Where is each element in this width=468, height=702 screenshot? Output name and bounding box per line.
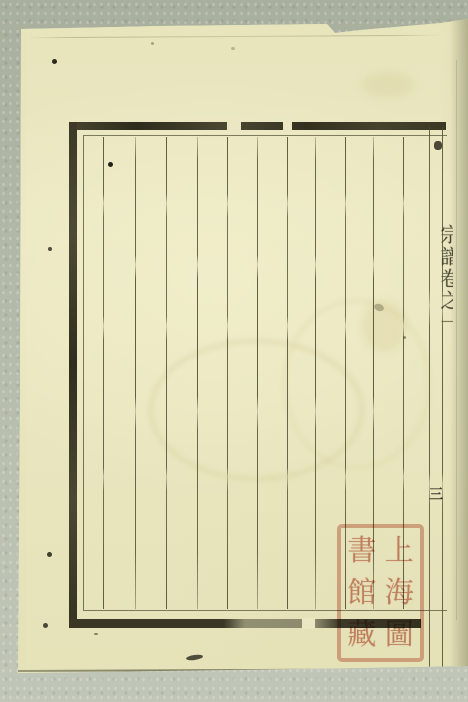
column-rule <box>287 137 288 609</box>
seal-character: 圖 <box>381 614 419 656</box>
column-rule <box>103 137 104 609</box>
seal-character: 上 <box>381 530 419 572</box>
ink-dot <box>108 162 113 167</box>
fold-column-title: 宗譜卷之一 <box>432 224 453 342</box>
paper-speck <box>403 336 406 339</box>
column-rule <box>197 137 198 609</box>
column-rule <box>315 137 316 609</box>
library-collection-seal: 上 海 圖 書 館 藏 <box>337 524 424 662</box>
seal-character: 海 <box>381 572 419 614</box>
frame-border-break <box>283 121 292 132</box>
paper-speck <box>94 633 98 635</box>
fold-column-line <box>442 127 443 667</box>
seal-character: 館 <box>343 572 381 614</box>
ink-smudge <box>434 141 442 150</box>
ink-smudge <box>186 654 204 661</box>
seal-character: 藏 <box>343 614 381 656</box>
frame-border-break <box>227 121 241 132</box>
column-rule <box>166 137 167 609</box>
binding-hole <box>43 623 48 628</box>
seal-character: 書 <box>343 530 381 572</box>
frame-top-border <box>69 122 446 130</box>
paper-speck <box>231 47 235 50</box>
paper-stain <box>362 72 414 98</box>
binding-hole <box>48 247 52 251</box>
fold-column-line <box>429 127 430 667</box>
column-rule <box>135 137 136 609</box>
fold-edge-line <box>456 60 457 620</box>
paper-top-crease <box>26 35 442 39</box>
column-rule <box>227 137 228 609</box>
binding-hole <box>47 552 52 557</box>
fold-page-number: 三 <box>429 486 444 508</box>
frame-border-break <box>302 618 315 629</box>
fold-edge-shadow <box>450 19 468 667</box>
frame-left-border <box>69 122 77 628</box>
scanned-page: 宗譜卷之一 三 上 海 圖 書 館 藏 <box>0 0 468 702</box>
ink-dot <box>52 59 57 64</box>
paper-speck <box>151 42 154 45</box>
column-rule <box>257 137 258 609</box>
